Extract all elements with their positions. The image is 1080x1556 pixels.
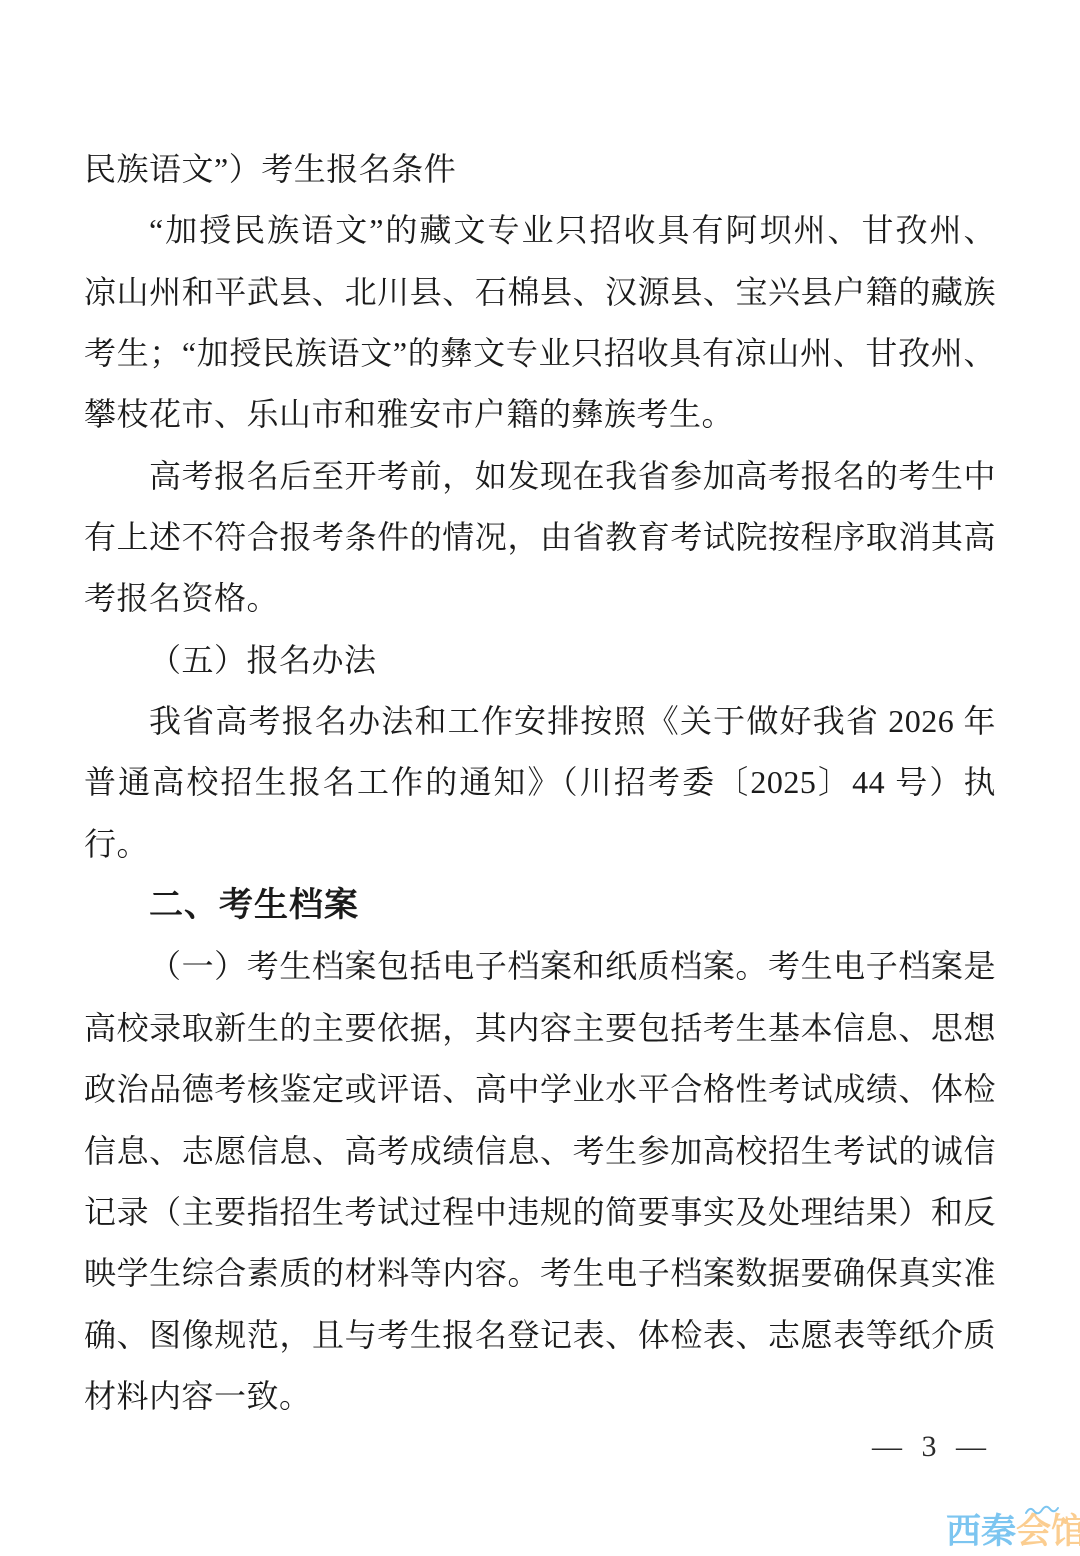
watermark-text-blue: 西秦	[946, 1512, 1016, 1551]
document-body: 民族语文”）考生报名条件 “加授民族语文”的藏文专业只招收具有阿坝州、甘孜州、 …	[84, 139, 996, 1427]
page-number: — 3 —	[872, 1430, 992, 1464]
text-line: 我省高考报名办法和工作安排按照《关于做好我省 2026 年	[84, 691, 996, 752]
document-page: 民族语文”）考生报名条件 “加授民族语文”的藏文专业只招收具有阿坝州、甘孜州、 …	[0, 0, 1080, 1556]
text-line: 行。	[84, 814, 996, 875]
text-line: 凉山州和平武县、北川县、石棉县、汉源县、宝兴县户籍的藏族	[84, 262, 996, 323]
watermark-flourish-icon	[1024, 1504, 1060, 1516]
text-line: 政治品德考核鉴定或评语、高中学业水平合格性考试成绩、体检	[84, 1059, 996, 1120]
watermark-text-orange: 会馆	[1016, 1512, 1080, 1551]
text-line: “加授民族语文”的藏文专业只招收具有阿坝州、甘孜州、	[84, 200, 996, 261]
section-heading-kaosheng-dangan: 二、考生档案	[84, 875, 996, 936]
text-line: 考报名资格。	[84, 568, 996, 629]
text-line: 有上述不符合报考条件的情况，由省教育考试院按程序取消其高	[84, 507, 996, 568]
text-line: 考生；“加授民族语文”的彝文专业只招收具有凉山州、甘孜州、	[84, 323, 996, 384]
text-line: 材料内容一致。	[84, 1366, 996, 1427]
text-line: 信息、志愿信息、高考成绩信息、考生参加高校招生考试的诚信	[84, 1121, 996, 1182]
text-line: 攀枝花市、乐山市和雅安市户籍的彝族考生。	[84, 384, 996, 445]
watermark: 西秦会馆	[946, 1512, 1080, 1552]
text-line: 高校录取新生的主要依据，其内容主要包括考生基本信息、思想	[84, 998, 996, 1059]
text-line: 确、图像规范，且与考生报名登记表、体检表、志愿表等纸介质	[84, 1305, 996, 1366]
heading-continuation: 民族语文”）考生报名条件	[84, 139, 996, 200]
text-line: （一）考生档案包括电子档案和纸质档案。考生电子档案是	[84, 936, 996, 997]
text-line: 普通高校招生报名工作的通知》（川招考委〔2025〕44 号）执	[84, 752, 996, 813]
text-line: 记录（主要指招生考试过程中违规的简要事实及处理结果）和反	[84, 1182, 996, 1243]
text-line: 映学生综合素质的材料等内容。考生电子档案数据要确保真实准	[84, 1243, 996, 1304]
text-line: 高考报名后至开考前，如发现在我省参加高考报名的考生中	[84, 446, 996, 507]
subheading-baoming-banfa: （五）报名办法	[84, 630, 996, 691]
